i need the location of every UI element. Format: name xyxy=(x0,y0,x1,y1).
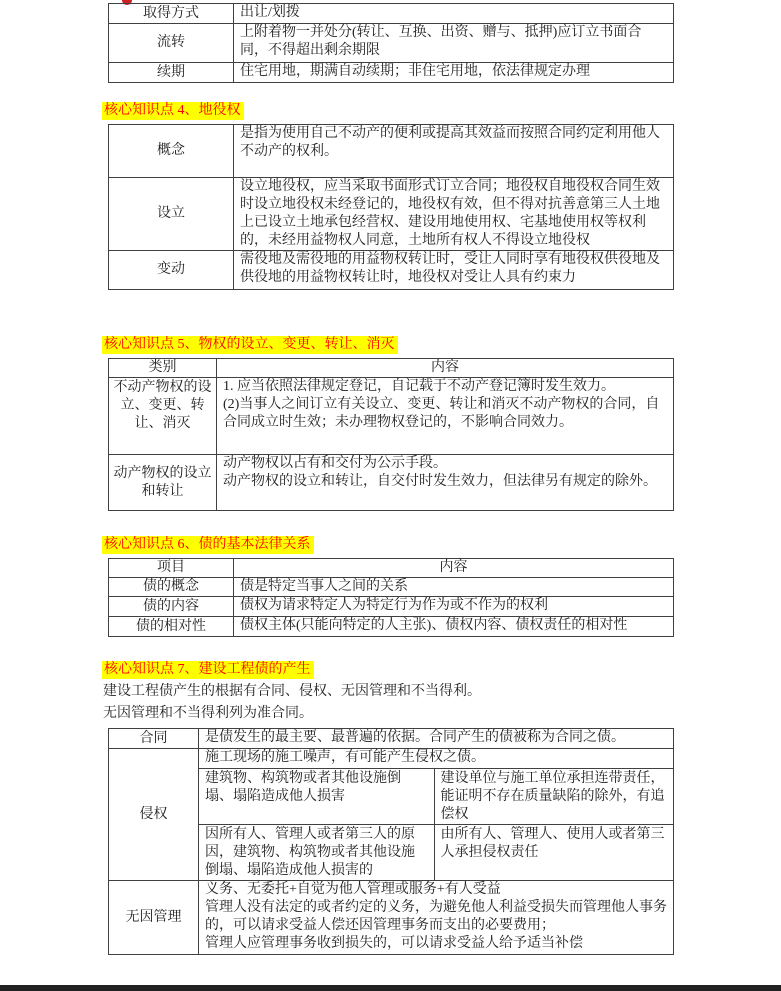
row-label: 变动 xyxy=(109,251,234,290)
paragraph: 建设工程债产生的根据有合同、侵权、无因管理和不当得利。 xyxy=(103,682,674,701)
row-content: 动产物权以占有和交付为公示手段。 动产物权的设立和转让，自交付时发生效力，但法律… xyxy=(217,455,674,511)
row-content: 出让/划拨 xyxy=(234,4,674,24)
highlighted-heading-text: 核心知识点 7、建设工程债的产生 xyxy=(102,661,314,679)
property-right-changes-table: 类别 内容 不动产物权的设立、变更、转让、消灭 1. 应当依照法律规定登记，自记… xyxy=(108,358,674,511)
table-row: 无因管理 义务、无委托+自觉为他人管理或服务+有人受益 管理人没有法定的或者约定… xyxy=(109,881,674,955)
row-content: 债是特定当事人之间的关系 xyxy=(234,578,674,597)
column-header: 项目 xyxy=(109,559,234,578)
highlighted-heading-text: 核心知识点 6、债的基本法律关系 xyxy=(102,536,314,554)
land-use-table: 取得方式 出让/划拨 流转 上附着物一并处分(转让、互换、出资、赠与、抵押)应订… xyxy=(108,3,674,83)
column-header: 内容 xyxy=(217,359,674,378)
section-heading-property-right-changes: 核心知识点 5、物权的设立、变更、转让、消灭 xyxy=(102,336,674,354)
table-row: 施工现场的施工噪声，有可能产生侵权之债。 xyxy=(199,749,673,769)
row-label: 续期 xyxy=(109,63,234,83)
tort-cause: 建筑物、构筑物或者其他设施倒塌、塌陷造成他人损害 xyxy=(199,769,434,825)
row-content: 上附着物一并处分(转让、互换、出资、赠与、抵押)应订立书面合同，不得超出剩余期限 xyxy=(234,24,674,63)
row-content: 是债发生的最主要、最普遍的依据。合同产生的债被称为合同之债。 xyxy=(199,729,674,749)
table-row: 债的内容 债权为请求特定人为特定行为作为或不作为的权利 xyxy=(109,597,674,617)
highlighted-heading-text: 核心知识点 4、地役权 xyxy=(102,102,244,120)
row-content: 设立地役权，应当采取书面形式订立合同；地役权自地役权合同生效时设立地役权未经登记… xyxy=(234,178,674,251)
document-page: 取得方式 出让/划拨 流转 上附着物一并处分(转让、互换、出资、赠与、抵押)应订… xyxy=(0,0,781,991)
column-header: 类别 xyxy=(109,359,217,378)
row-content: 债权主体(只能向特定的人主张)、债权内容、债权责任的相对性 xyxy=(234,617,674,637)
tort-inner-table: 施工现场的施工噪声，有可能产生侵权之债。 建筑物、构筑物或者其他设施倒塌、塌陷造… xyxy=(199,749,673,880)
tort-intro: 施工现场的施工噪声，有可能产生侵权之债。 xyxy=(199,749,673,769)
row-label: 流转 xyxy=(109,24,234,63)
row-label: 无因管理 xyxy=(109,881,199,955)
row-label: 概念 xyxy=(109,125,234,178)
paragraph: 无因管理和不当得利列为准合同。 xyxy=(103,704,674,723)
row-label: 债的概念 xyxy=(109,578,234,597)
tort-content-cell: 施工现场的施工噪声，有可能产生侵权之债。 建筑物、构筑物或者其他设施倒塌、塌陷造… xyxy=(199,749,674,881)
row-content: 需役地及需役地的用益物权转让时，受让人同时享有地役权供役地及供役地的用益物权转让… xyxy=(234,251,674,290)
table-row: 续期 住宅用地，期满自动续期；非住宅用地，依法律规定办理 xyxy=(109,63,674,83)
section-heading-servitude: 核心知识点 4、地役权 xyxy=(102,102,674,120)
table-row: 概念 是指为使用自己不动产的便利或提高其效益而按照合同约定利用他人不动产的权利。 xyxy=(109,125,674,178)
row-label: 合同 xyxy=(109,729,199,749)
row-label: 债的相对性 xyxy=(109,617,234,637)
table-row: 取得方式 出让/划拨 xyxy=(109,4,674,24)
table-header-row: 类别 内容 xyxy=(109,359,674,378)
page-bottom-separator xyxy=(0,985,781,991)
row-content: 1. 应当依照法律规定登记，自记载于不动产登记簿时发生效力。 (2)当事人之间订… xyxy=(217,378,674,455)
debt-relations-table: 项目 内容 债的概念 债是特定当事人之间的关系 债的内容 债权为请求特定人为特定… xyxy=(108,558,674,637)
section-heading-debt-relations: 核心知识点 6、债的基本法律关系 xyxy=(102,536,674,554)
section-heading-construction-debt: 核心知识点 7、建设工程债的产生 xyxy=(102,661,674,679)
row-label: 债的内容 xyxy=(109,597,234,617)
tort-liability: 建设单位与施工单位承担连带责任，能证明不存在质量缺陷的除外，有追偿权 xyxy=(434,769,673,825)
highlighted-heading-text: 核心知识点 5、物权的设立、变更、转让、消灭 xyxy=(102,336,398,354)
table-row-tort: 侵权 施工现场的施工噪声，有可能产生侵权之债。 建筑物、构筑物或者其他设施倒塌、… xyxy=(109,749,674,881)
table-header-row: 项目 内容 xyxy=(109,559,674,578)
row-label: 侵权 xyxy=(109,749,199,881)
table-row: 不动产物权的设立、变更、转让、消灭 1. 应当依照法律规定登记，自记载于不动产登… xyxy=(109,378,674,455)
row-content: 住宅用地，期满自动续期；非住宅用地，依法律规定办理 xyxy=(234,63,674,83)
row-content: 债权为请求特定人为特定行为作为或不作为的权利 xyxy=(234,597,674,617)
row-label: 不动产物权的设立、变更、转让、消灭 xyxy=(109,378,217,455)
tort-cause: 因所有人、管理人或者第三人的原因，建筑物、构筑物或者其他设施倒塌、塌陷造成他人损… xyxy=(199,825,434,881)
table-row: 流转 上附着物一并处分(转让、互换、出资、赠与、抵押)应订立书面合同，不得超出剩… xyxy=(109,24,674,63)
row-label: 设立 xyxy=(109,178,234,251)
column-header: 内容 xyxy=(234,559,674,578)
table-row: 变动 需役地及需役地的用益物权转让时，受让人同时享有地役权供役地及供役地的用益物… xyxy=(109,251,674,290)
table-row: 建筑物、构筑物或者其他设施倒塌、塌陷造成他人损害 建设单位与施工单位承担连带责任… xyxy=(199,769,673,825)
row-label: 取得方式 xyxy=(109,4,234,24)
table-row: 动产物权的设立和转让 动产物权以占有和交付为公示手段。 动产物权的设立和转让，自… xyxy=(109,455,674,511)
table-row: 合同 是债发生的最主要、最普遍的依据。合同产生的债被称为合同之债。 xyxy=(109,729,674,749)
table-row: 设立 设立地役权，应当采取书面形式订立合同；地役权自地役权合同生效时设立地役权未… xyxy=(109,178,674,251)
table-row: 因所有人、管理人或者第三人的原因，建筑物、构筑物或者其他设施倒塌、塌陷造成他人损… xyxy=(199,825,673,881)
row-content: 是指为使用自己不动产的便利或提高其效益而按照合同约定利用他人不动产的权利。 xyxy=(234,125,674,178)
page-content: 取得方式 出让/划拨 流转 上附着物一并处分(转让、互换、出资、赠与、抵押)应订… xyxy=(108,3,674,955)
table-row: 债的概念 债是特定当事人之间的关系 xyxy=(109,578,674,597)
servitude-table: 概念 是指为使用自己不动产的便利或提高其效益而按照合同约定利用他人不动产的权利。… xyxy=(108,124,674,290)
tort-liability: 由所有人、管理人、使用人或者第三人承担侵权责任 xyxy=(434,825,673,881)
table-row: 债的相对性 债权主体(只能向特定的人主张)、债权内容、债权责任的相对性 xyxy=(109,617,674,637)
construction-debt-table: 合同 是债发生的最主要、最普遍的依据。合同产生的债被称为合同之债。 侵权 施工现… xyxy=(108,728,674,955)
row-label: 动产物权的设立和转让 xyxy=(109,455,217,511)
row-content: 义务、无委托+自觉为他人管理或服务+有人受益 管理人没有法定的或者约定的义务，为… xyxy=(199,881,674,955)
